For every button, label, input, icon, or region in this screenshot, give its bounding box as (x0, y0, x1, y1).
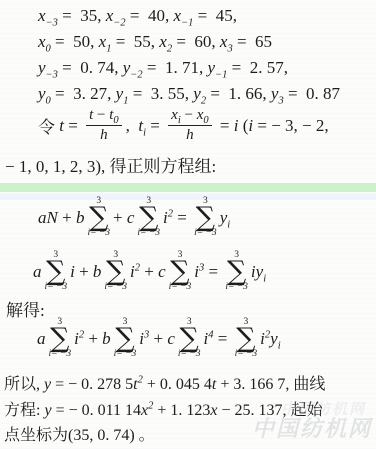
normal-equation-3: a3∑i= −3i2 + b3∑i= −3i3 + c3∑i= −3i4 = 3… (37, 318, 281, 359)
green-highlight-band (0, 183, 376, 192)
summation-symbol: 3∑i= −3 (225, 251, 248, 292)
normal-equation-2: a3∑i= −3i + b3∑i= −3i2 + c3∑i= −3i3 = 3∑… (33, 251, 266, 292)
y-values-positive-line: y0 = 3. 27, y1 = 3. 55, y2 = 1. 66, y3 =… (38, 84, 340, 104)
document-page: x−3 = 35, x−2 = 40, x−1 = 45, x0 = 50, x… (0, 0, 376, 449)
summation-symbol: 3∑i= −3 (178, 318, 201, 359)
fraction: xi − x0h (168, 107, 211, 145)
summation-symbol: 3∑i= −3 (45, 251, 68, 292)
normal-equation-1: aN + b3∑i= −3+ c3∑i= −3i2 = 3∑i= −3yi (38, 197, 230, 238)
substitution-definition-line: 令 t = t − t0h, ti = xi − x0h = i (i = − … (38, 107, 329, 145)
watermark: 中国纺机网 (252, 412, 372, 443)
summation-symbol: 3∑i= −3 (137, 197, 160, 238)
summation-symbol: 3∑i= −3 (114, 318, 137, 359)
substitution-continuation-line: − 1, 0, 1, 2, 3), 得正则方程组: (5, 152, 216, 177)
summation-symbol: 3∑i= −3 (169, 251, 192, 292)
result-start-point-line: 点坐标为(35, 0. 74) 。 (4, 422, 155, 445)
result-curve-t-line: 所以, y = − 0. 278 5t2 + 0. 045 4t + 3. 16… (4, 371, 325, 394)
summation-symbol: 3∑i= −3 (49, 318, 72, 359)
summation-symbol: 3∑i= −3 (235, 318, 258, 359)
x-values-negative-line: x−3 = 35, x−2 = 40, x−1 = 45, (38, 6, 237, 26)
fraction: t − t0h (86, 107, 122, 145)
summation-symbol: 3∑i= −3 (194, 197, 217, 238)
summation-symbol: 3∑i= −3 (87, 197, 110, 238)
summation-symbol: 3∑i= −3 (104, 251, 127, 292)
x-values-positive-line: x0 = 50, x1 = 55, x2 = 60, x3 = 65 (38, 32, 272, 52)
y-values-negative-line: y−3 = 0. 74, y−2 = 1. 71, y−1 = 2. 57, (38, 58, 288, 78)
